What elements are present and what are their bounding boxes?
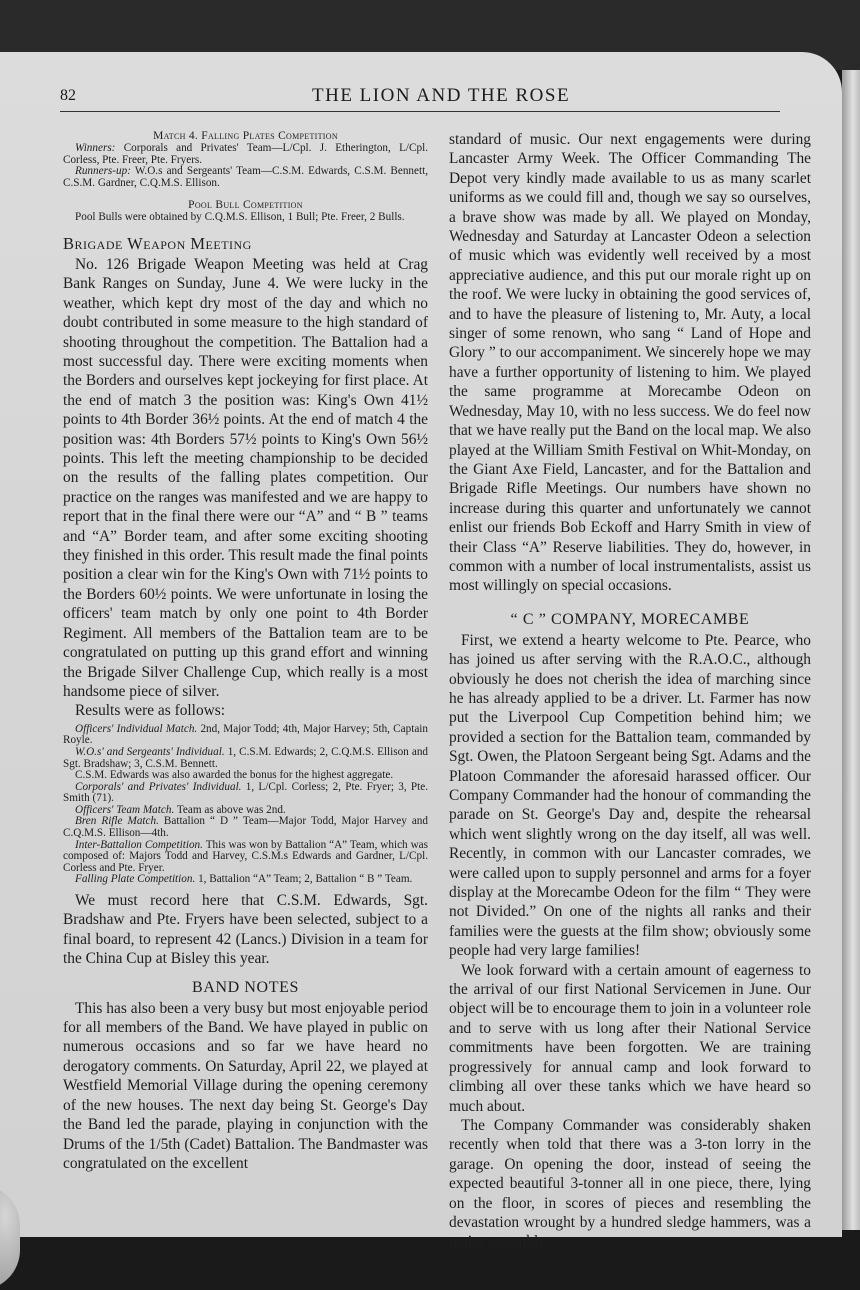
match4-heading: Match 4. Falling Plates Competition (63, 130, 428, 142)
result-item: Corporals' and Privates' Individual. 1, … (63, 782, 428, 805)
result-item: Officers' Individual Match. 2nd, Major T… (63, 724, 428, 747)
results-intro: Results were as follows: (63, 701, 428, 720)
result-item: Inter-Battalion Competition. This was wo… (63, 840, 428, 875)
result-item: W.O.s' and Sergeants' Individual. 1, C.S… (63, 747, 428, 770)
selection-paragraph: We must record here that C.S.M. Edwards,… (63, 891, 428, 969)
brigade-paragraph: No. 126 Brigade Weapon Meeting was held … (63, 255, 428, 701)
band-notes-heading: BAND NOTES (63, 979, 428, 997)
c-company-paragraph-1: First, we extend a hearty welcome to Pte… (449, 631, 811, 961)
results-list: Officers' Individual Match. 2nd, Major T… (63, 724, 428, 886)
left-column: Match 4. Falling Plates Competition Winn… (63, 130, 428, 1173)
page-number: 82 (60, 87, 76, 105)
c-company-paragraph-2: We look forward with a certain amount of… (449, 961, 811, 1116)
page-edge (842, 70, 860, 1230)
match4-winners: Winners: Corporals and Privates' Team—L/… (63, 143, 428, 166)
band-paragraph: This has also been a very busy but most … (63, 999, 428, 1174)
result-item: Bren Rifle Match. Battalion “ D ” Team—M… (63, 816, 428, 839)
match4-runners-up: Runners-up: W.O.s and Sergeants' Team—C.… (63, 166, 428, 189)
band-paragraph-continued: standard of music. Our next engagements … (449, 130, 811, 596)
pool-bull-heading: Pool Bull Competition (63, 199, 428, 211)
journal-title: THE LION AND THE ROSE (312, 85, 570, 107)
c-company-heading: “ C ” COMPANY, MORECAMBE (449, 611, 811, 629)
running-head: 82 THE LION AND THE ROSE (60, 85, 780, 112)
runners-label: Runners-up: (75, 165, 131, 177)
pool-bull-text: Pool Bulls were obtained by C.Q.M.S. Ell… (63, 212, 428, 224)
winners-text: Corporals and Privates' Team—L/Cpl. J. E… (63, 142, 428, 166)
brigade-heading: Brigade Weapon Meeting (63, 234, 428, 254)
right-column: standard of music. Our next engagements … (449, 130, 811, 1252)
c-company-paragraph-3: The Company Commander was considerably s… (449, 1116, 811, 1252)
result-item: Falling Plate Competition. 1, Battalion … (63, 874, 428, 886)
winners-label: Winners: (75, 142, 115, 154)
